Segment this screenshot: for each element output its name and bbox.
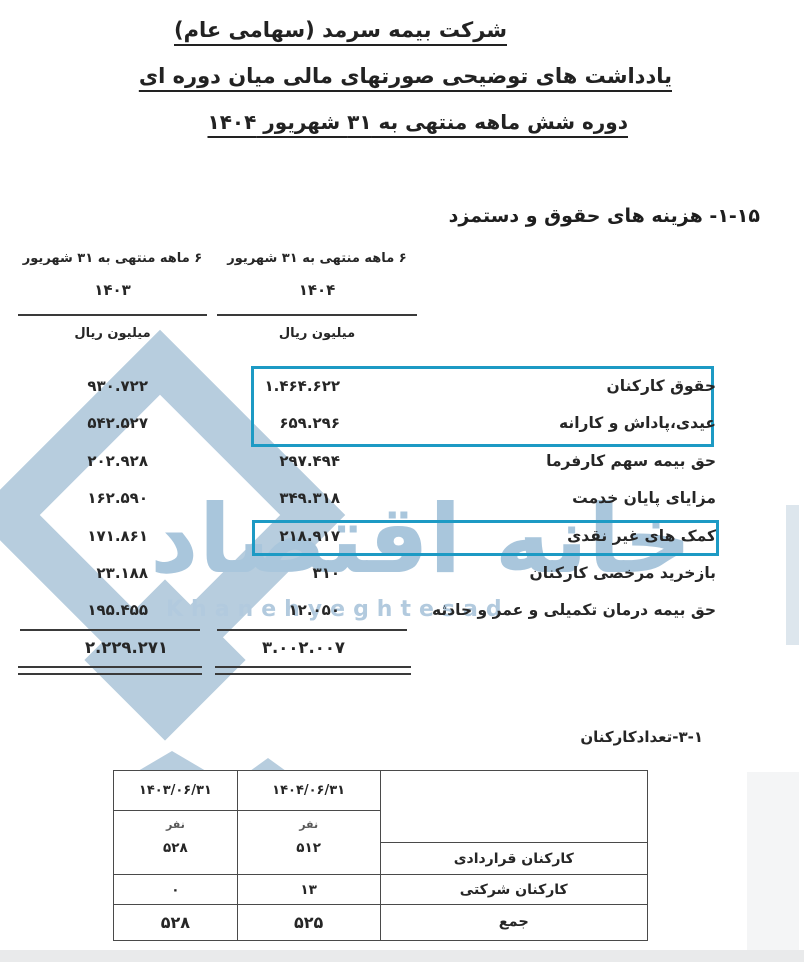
cell-value: ۲۱۸.۹۱۷ bbox=[220, 518, 340, 555]
cell-value: ۳۱۰ bbox=[220, 555, 340, 592]
row-label-total: جمع bbox=[381, 905, 648, 939]
cell-value: ۲۳.۱۸۸ bbox=[28, 555, 148, 592]
salary-values-current: ۱.۴۶۴.۶۲۲ ۶۵۹.۲۹۶ ۲۹۷.۴۹۴ ۳۴۹.۳۱۸ ۲۱۸.۹۱… bbox=[220, 368, 340, 630]
row-label: حق بیمه سهم کارفرما bbox=[316, 443, 716, 480]
cell-value: ۰ bbox=[114, 875, 237, 905]
cell-value: ۵۲۸ bbox=[163, 840, 188, 856]
unit-label: نفر bbox=[166, 818, 185, 831]
subsection-title: ۳-۱-تعدادکارکنان bbox=[580, 728, 703, 746]
cell-value: ۹۳۰.۷۲۲ bbox=[28, 368, 148, 405]
salary-values-prior: ۹۳۰.۷۲۲ ۵۴۲.۵۲۷ ۲۰۲.۹۲۸ ۱۶۲.۵۹۰ ۱۷۱.۸۶۱ … bbox=[28, 368, 148, 630]
document-title: یادداشت های توضیحی صورتهای مالی میان دور… bbox=[139, 64, 672, 88]
period-text-current: ۶ ماهه منتهی به ۳۱ شهریور bbox=[217, 248, 417, 278]
empty-header-cell bbox=[381, 771, 648, 843]
unit-and-first-value-current: نفر ۵۱۲ bbox=[238, 811, 380, 875]
date-header-current: ۱۴۰۴/۰۶/۳۱ bbox=[238, 771, 380, 811]
double-rule-current bbox=[215, 673, 411, 678]
total-current: ۳.۰۰۲.۰۰۷ bbox=[215, 638, 345, 657]
headcount-labels-column: کارکنان قراردادی کارکنان شرکتی جمع bbox=[380, 771, 648, 940]
row-label: کمک های غیر نقدی bbox=[316, 518, 716, 555]
unit-and-first-value-prior: نفر ۵۲۸ bbox=[114, 811, 237, 875]
total-rule-prior bbox=[20, 629, 200, 631]
header-rule-current bbox=[217, 314, 417, 316]
cell-value: ۶۵۹.۲۹۶ bbox=[220, 405, 340, 442]
row-label: بازخرید مرخصی کارکنان bbox=[316, 555, 716, 592]
column-header-current-period: ۶ ماهه منتهی به ۳۱ شهریور ۱۴۰۴ میلیون ری… bbox=[217, 248, 417, 341]
cell-value: ۱۳ bbox=[238, 875, 380, 905]
section-title: ۱-۱۵- هزینه های حقوق و دستمزد bbox=[449, 205, 760, 227]
reporting-period: دوره شش ماهه منتهی به ۳۱ شهریور ۱۴۰۴ bbox=[207, 110, 628, 134]
row-label-contract-staff: کارکنان قراردادی bbox=[381, 843, 648, 875]
column-header-prior-period: ۶ ماهه منتهی به ۳۱ شهریور ۱۴۰۳ میلیون ری… bbox=[18, 248, 207, 341]
row-label-agency-staff: کارکنان شرکتی bbox=[381, 875, 648, 905]
row-label: حقوق کارکنان bbox=[316, 368, 716, 405]
watermark-triangle-left bbox=[138, 751, 206, 771]
company-name: شرکت بیمه سرمد (سهامی عام) bbox=[174, 18, 507, 42]
cell-value: ۱۲.۰۵۰ bbox=[220, 592, 340, 629]
header-rule-prior bbox=[18, 314, 207, 316]
total-value-current: ۵۲۵ bbox=[238, 905, 380, 939]
headcount-table: کارکنان قراردادی کارکنان شرکتی جمع ۱۴۰۴/… bbox=[113, 770, 648, 941]
watermark-right-bar bbox=[786, 505, 799, 645]
scan-shadow-band bbox=[747, 772, 799, 954]
cell-value: ۲۰۲.۹۲۸ bbox=[28, 443, 148, 480]
unit-label: نفر bbox=[299, 818, 318, 831]
headcount-current-column: ۱۴۰۴/۰۶/۳۱ نفر ۵۱۲ ۱۳ ۵۲۵ bbox=[237, 771, 380, 940]
total-rule-current bbox=[217, 629, 407, 631]
year-current: ۱۴۰۴ bbox=[217, 278, 417, 306]
period-text-prior: ۶ ماهه منتهی به ۳۱ شهریور bbox=[18, 248, 207, 278]
cell-value: ۱۶۲.۵۹۰ bbox=[28, 480, 148, 517]
total-value-prior: ۵۲۸ bbox=[114, 905, 237, 939]
salary-row-labels: حقوق کارکنان عیدی،پاداش و کارانه حق بیمه… bbox=[316, 368, 716, 630]
unit-prior: میلیون ریال bbox=[18, 326, 207, 341]
double-rule-current bbox=[215, 666, 411, 671]
cell-value: ۱.۴۶۴.۶۲۲ bbox=[220, 368, 340, 405]
cell-value: ۱۹۵.۴۵۵ bbox=[28, 592, 148, 629]
row-label: حق بیمه درمان تکمیلی و عمر و حادثه bbox=[316, 592, 716, 629]
scan-bottom-edge bbox=[0, 950, 804, 962]
financial-note-page: خانه اقتصاد Khanehyeghtesad شرکت بیمه سر… bbox=[0, 0, 804, 962]
year-prior: ۱۴۰۳ bbox=[18, 278, 207, 306]
headcount-prior-column: ۱۴۰۳/۰۶/۳۱ نفر ۵۲۸ ۰ ۵۲۸ bbox=[114, 771, 237, 940]
double-rule-prior bbox=[18, 666, 202, 671]
row-label: عیدی،پاداش و کارانه bbox=[316, 405, 716, 442]
total-prior: ۲.۲۲۹.۲۷۱ bbox=[25, 638, 168, 657]
cell-value: ۵۱۲ bbox=[296, 840, 321, 856]
cell-value: ۱۷۱.۸۶۱ bbox=[28, 518, 148, 555]
cell-value: ۵۴۲.۵۲۷ bbox=[28, 405, 148, 442]
row-label: مزایای پایان خدمت bbox=[316, 480, 716, 517]
double-rule-prior bbox=[18, 673, 202, 678]
date-header-prior: ۱۴۰۳/۰۶/۳۱ bbox=[114, 771, 237, 811]
unit-current: میلیون ریال bbox=[217, 326, 417, 341]
cell-value: ۳۴۹.۳۱۸ bbox=[220, 480, 340, 517]
cell-value: ۲۹۷.۴۹۴ bbox=[220, 443, 340, 480]
